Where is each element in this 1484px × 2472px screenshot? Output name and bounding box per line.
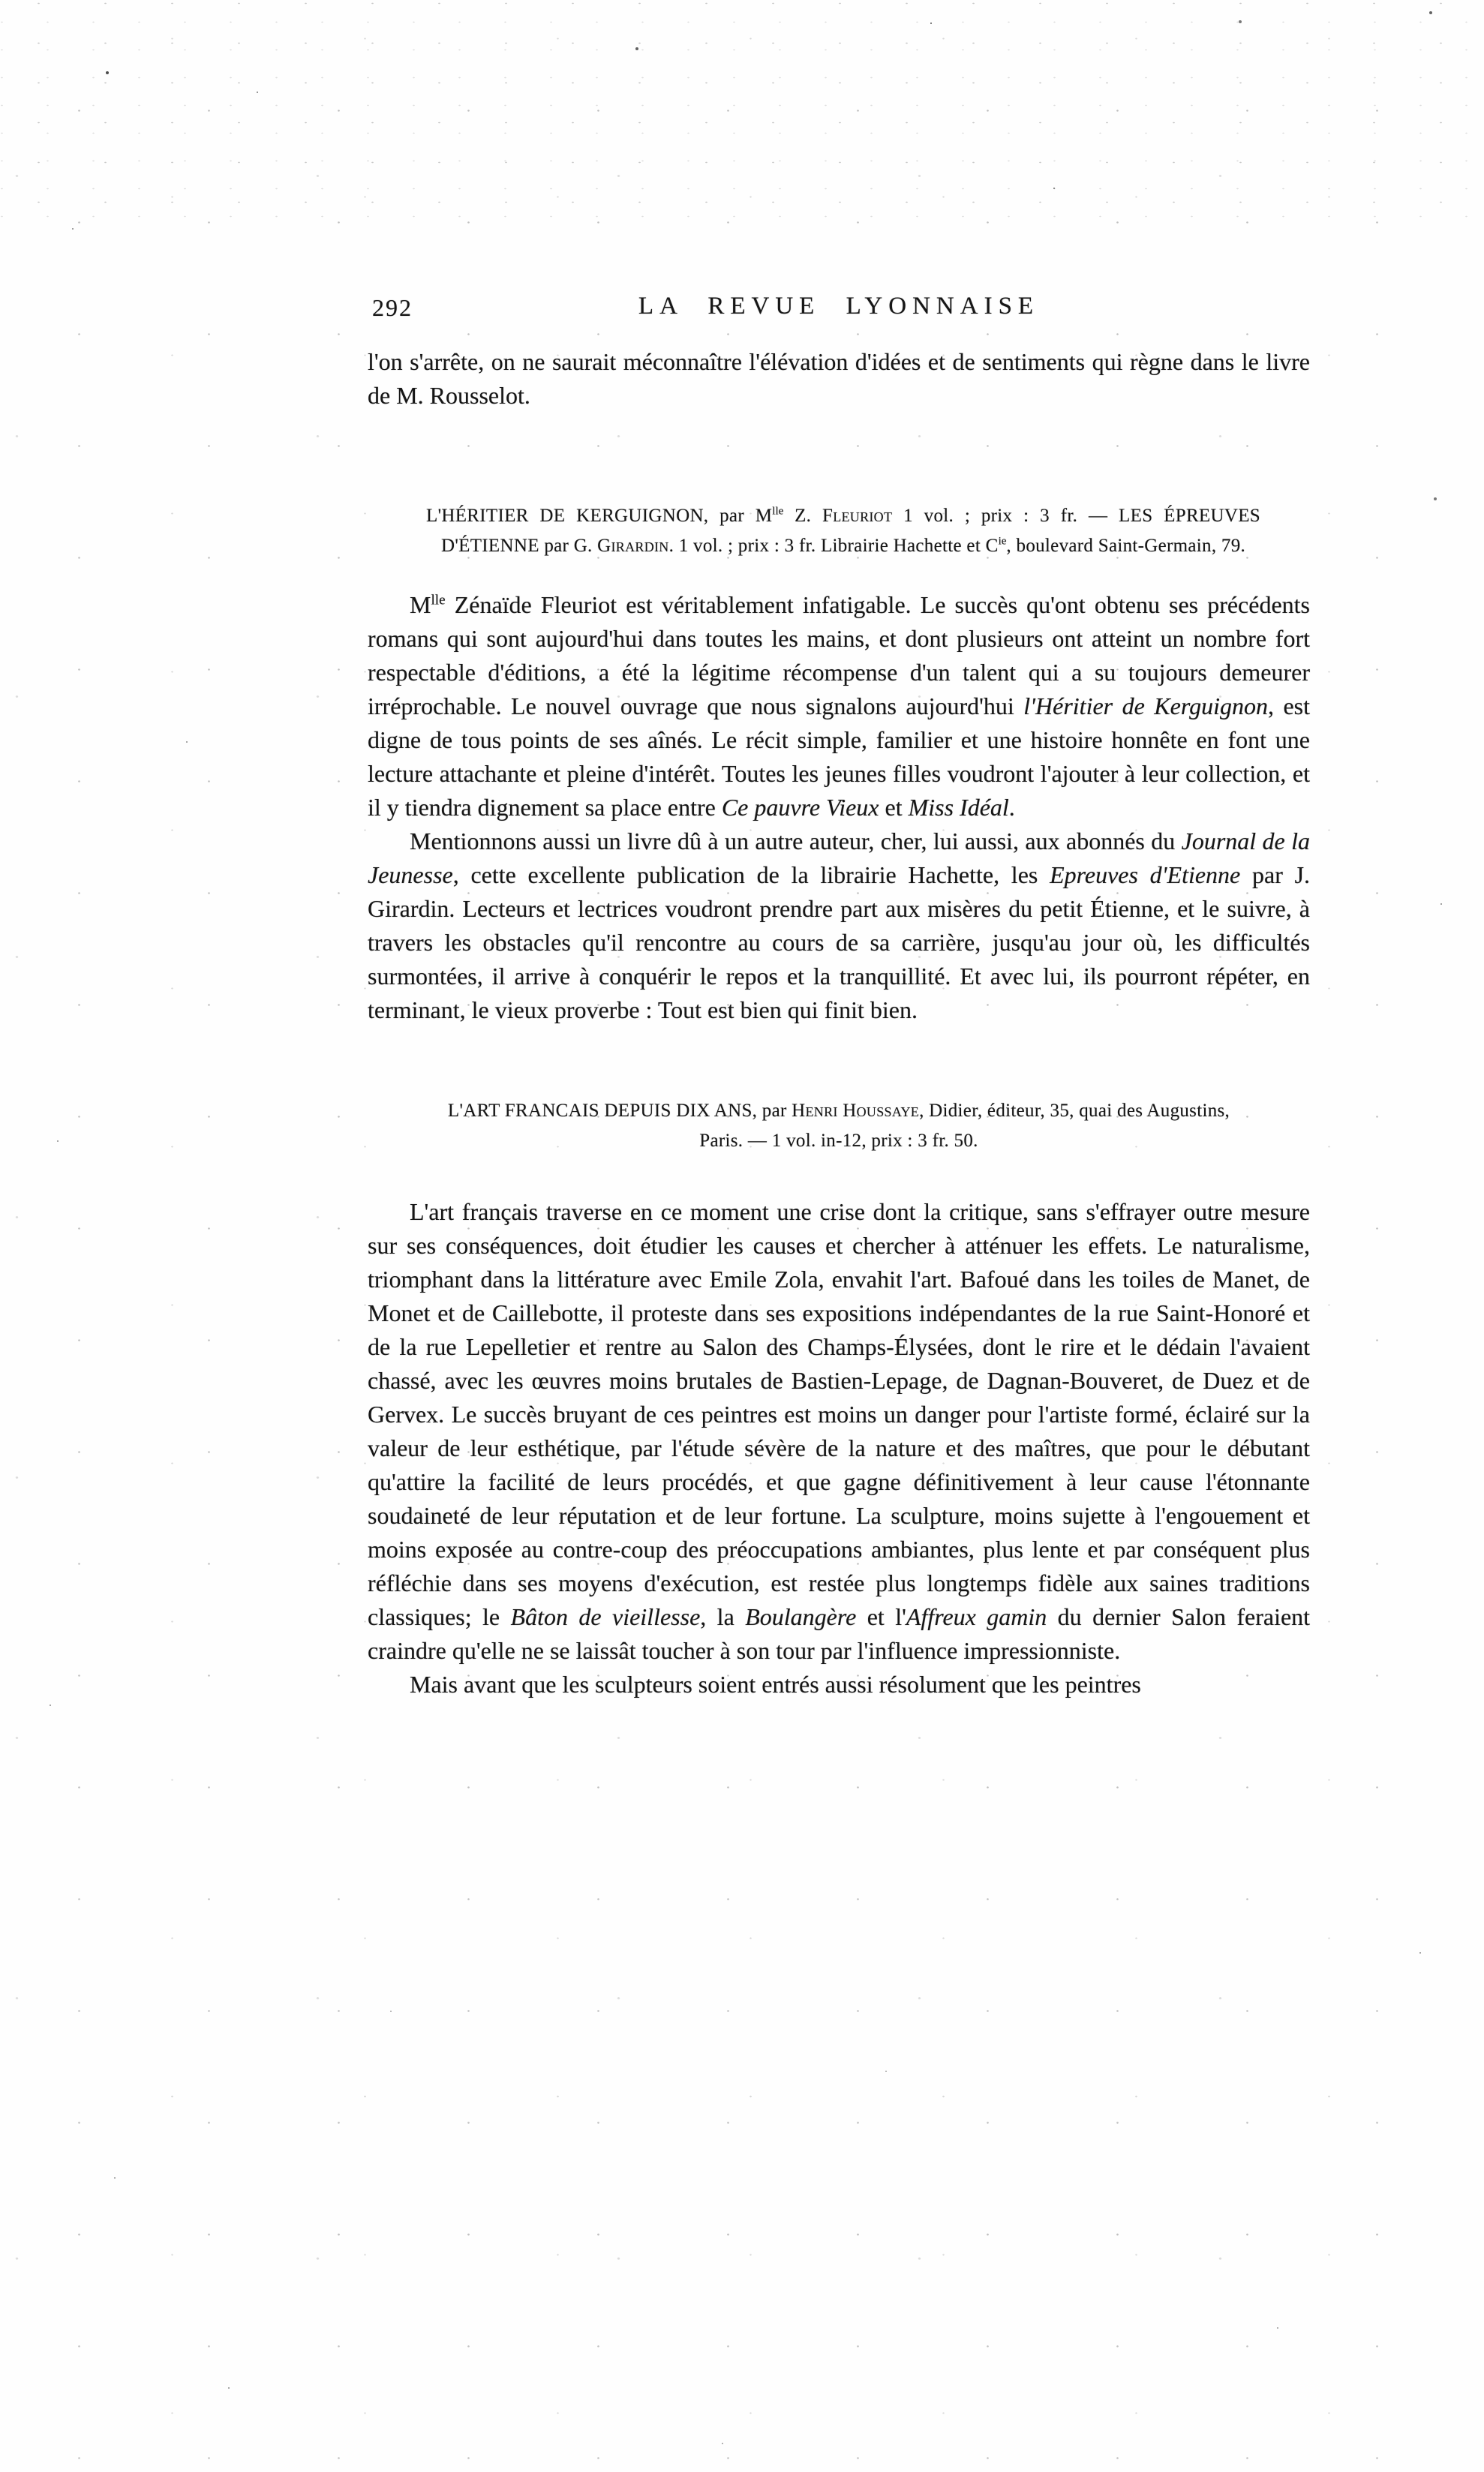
intro-paragraph: l'on s'arrête, on ne saurait méconnaître… bbox=[368, 345, 1310, 413]
journal-title: LA REVUE LYONNAISE bbox=[368, 293, 1310, 320]
review-1-paragraph-2: Mentionnons aussi un livre dû à un autre… bbox=[368, 825, 1310, 1027]
review-1-citation: L'HÉRITIER DE KERGUIGNON, par Mlle Z. Fl… bbox=[368, 501, 1310, 561]
review-section-1: L'HÉRITIER DE KERGUIGNON, par Mlle Z. Fl… bbox=[368, 501, 1310, 1027]
review-2-citation: L'ART FRANCAIS DEPUIS DIX ANS, par Henri… bbox=[368, 1096, 1310, 1156]
text-column: 292 LA REVUE LYONNAISE l'on s'arrête, on… bbox=[368, 0, 1310, 1702]
review-section-2: L'ART FRANCAIS DEPUIS DIX ANS, par Henri… bbox=[368, 1096, 1310, 1702]
review-2-paragraph-1: L'art français traverse en ce moment une… bbox=[368, 1195, 1310, 1668]
page-number: 292 bbox=[372, 294, 413, 322]
scanned-page: 292 LA REVUE LYONNAISE l'on s'arrête, on… bbox=[0, 0, 1484, 2472]
review-2-paragraph-2: Mais avant que les sculpteurs soient ent… bbox=[368, 1668, 1310, 1702]
review-1-paragraph-1: Mlle Zénaïde Fleuriot est véritablement … bbox=[368, 588, 1310, 825]
running-head: 292 LA REVUE LYONNAISE bbox=[368, 293, 1310, 327]
